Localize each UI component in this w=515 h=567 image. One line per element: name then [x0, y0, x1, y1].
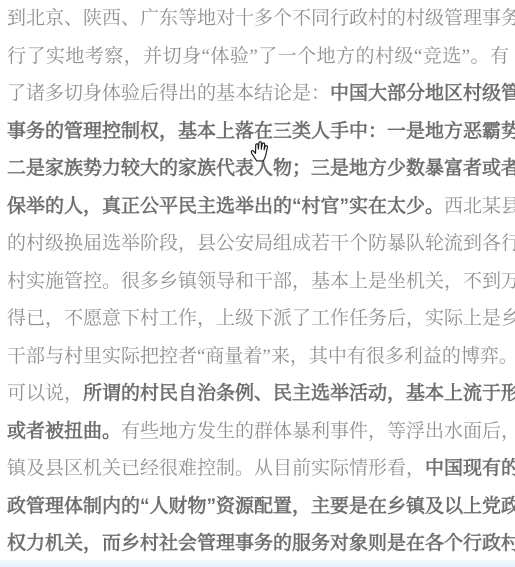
text-line: 到北京、陕西、广东等地对十多个不同行政村的村级管理事务进: [7, 0, 509, 38]
text-line: 保举的人，真正公平民主选举出的“村官”实在太少。西北某县: [7, 188, 509, 226]
text-run: 得已，不愿意下村工作，上级下派了工作任务后，实际上是乡镇: [7, 308, 515, 329]
text-run: 政管理体制内的“人财物”资源配置，主要是在乡镇及以上党政: [7, 496, 515, 517]
text-line: 村实施管控。很多乡镇领导和干部，基本上是坐机关，不到万不: [7, 263, 509, 301]
text-run: 到北京、陕西、广东等地对十多个不同行政村的村级管理事务进: [7, 8, 515, 29]
text-line: 了诸多切身体验后得出的基本结论是：中国大部分地区村级管理: [7, 75, 509, 113]
text-run: 干部与村里实际把控者“商量着”来，其中有很多利益的博弈。: [7, 346, 515, 367]
text-run: 村实施管控。很多乡镇领导和干部，基本上是坐机关，不到万不: [7, 271, 515, 292]
text-run: 权力机关，而乡村社会管理事务的服务对象则是在各个行政村。: [7, 533, 515, 554]
text-line: 的村级换届选举阶段，县公安局组成若干个防暴队轮流到各行政: [7, 225, 509, 263]
text-run: 了诸多切身体验后得出的基本结论是：: [7, 83, 330, 104]
text-run: 中国现有的行: [425, 458, 515, 479]
text-run: 或者被扭曲。: [7, 421, 121, 442]
article-text: 到北京、陕西、广东等地对十多个不同行政村的村级管理事务进行了实地考察，并切身“体…: [7, 0, 509, 563]
text-line: 事务的管理控制权，基本上落在三类人手中：一是地方恶霸势力；: [7, 113, 509, 151]
document-page: 到北京、陕西、广东等地对十多个不同行政村的村级管理事务进行了实地考察，并切身“体…: [0, 0, 515, 567]
text-run: 可以说，: [7, 383, 83, 404]
text-line: 可以说，所谓的村民自治条例、民主选举活动，基本上流于形式: [7, 375, 509, 413]
text-run: 二是家族势力较大的家族代表人物；三是地方少数暴富者或者其: [7, 158, 515, 179]
text-line: 行了实地考察，并切身“体验”了一个地方的村级“竞选”。有: [7, 38, 509, 76]
text-line: 得已，不愿意下村工作，上级下派了工作任务后，实际上是乡镇: [7, 300, 509, 338]
bottom-highlight-strip: [0, 560, 515, 567]
text-run: 西北某县: [444, 196, 515, 217]
text-line: 二是家族势力较大的家族代表人物；三是地方少数暴富者或者其: [7, 150, 509, 188]
text-line: 权力机关，而乡村社会管理事务的服务对象则是在各个行政村。: [7, 525, 509, 563]
text-run: 保举的人，真正公平民主选举出的“村官”实在太少。: [7, 196, 444, 217]
text-line: 或者被扭曲。有些地方发生的群体暴利事件，等浮出水面后，乡: [7, 413, 509, 451]
text-line: 干部与村里实际把控者“商量着”来，其中有很多利益的博弈。: [7, 338, 509, 376]
text-run: 事务的管理控制权，基本上落在三类人手中：一是地方恶霸势力；: [7, 121, 515, 142]
text-line: 政管理体制内的“人财物”资源配置，主要是在乡镇及以上党政: [7, 488, 509, 526]
text-line: 镇及县区机关已经很难控制。从目前实际情形看，中国现有的行: [7, 450, 509, 488]
text-run: 镇及县区机关已经很难控制。从目前实际情形看，: [7, 458, 425, 479]
text-run: 的村级换届选举阶段，县公安局组成若干个防暴队轮流到各行政: [7, 233, 515, 254]
text-run: 所谓的村民自治条例、民主选举活动，基本上流于形式: [83, 383, 515, 404]
text-run: 行了实地考察，并切身“体验”了一个地方的村级“竞选”。有: [7, 46, 509, 67]
text-run: 中国大部分地区村级管理: [330, 83, 515, 104]
text-run: 有些地方发生的群体暴利事件，等浮出水面后，乡: [121, 421, 515, 442]
